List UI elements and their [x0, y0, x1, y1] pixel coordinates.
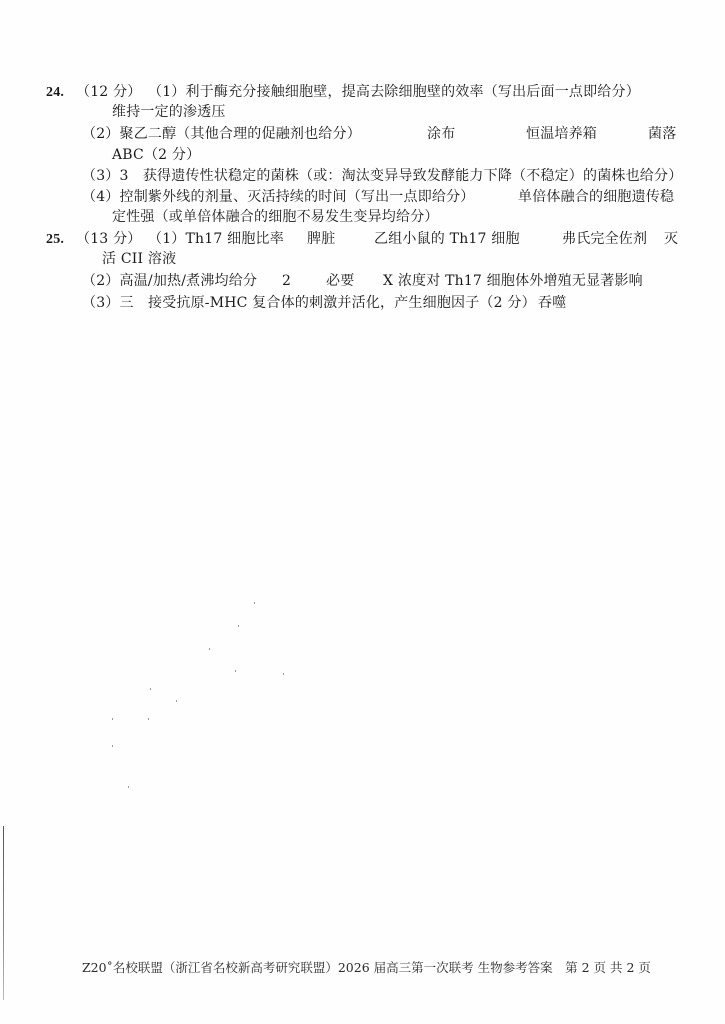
speck: [283, 673, 284, 675]
q25-part3-answer-c: 吞噬: [538, 294, 566, 312]
q24-part4-answer-a: （4）控制紫外线的剂量、灭活持续的时间（写出一点即给分）: [82, 188, 475, 206]
q25-part3-answer-b: 接受抗原-MHC 复合体的刺激并活化，产生细胞因子（2 分）: [148, 294, 536, 312]
q24-number: 24.: [46, 85, 64, 100]
scan-edge-line: [3, 826, 4, 1000]
q25-part2-answer-d: X 浓度对 Th17 细胞体外增殖无显著影响: [383, 272, 643, 290]
speck: [148, 718, 149, 720]
q25-part2-answer-a: （2）高温/加热/煮沸均给分: [82, 272, 257, 290]
q25-line-2: 活 CII 溶液: [102, 250, 176, 268]
page-footer: Z20˚名校联盟（浙江省名校新高考研究联盟）2026 届高三第一次联考 生物参考…: [82, 960, 651, 976]
q25-part1-answer-a: （1）Th17 细胞比率: [148, 230, 284, 248]
q25-number: 25.: [46, 232, 64, 247]
speck: [209, 648, 210, 650]
q24-line-1: 24. （12 分） （1）利于酶充分接触细胞壁，提高去除细胞壁的效率（写出后面…: [46, 83, 64, 102]
q24-part4-answer-b: 单倍体融合的细胞遗传稳: [518, 188, 674, 206]
speck: [235, 670, 236, 672]
q24-line-3: （2）聚乙二醇（其他合理的促融剂也给分） 涂布 恒温培养箱 菌落: [82, 125, 702, 143]
speck: [112, 745, 113, 747]
q24-line-6: （4）控制紫外线的剂量、灭活持续的时间（写出一点即给分） 单倍体融合的细胞遗传稳: [82, 188, 702, 206]
speck: [176, 700, 177, 702]
q24-part1-answer: （1）利于酶充分接触细胞壁，提高去除细胞壁的效率（写出后面一点即给分）: [148, 83, 640, 101]
q24-part2-answer-d: 菌落: [648, 125, 676, 143]
q25-part1-answer-e: 灭: [664, 230, 678, 248]
q25-part1-answer-d: 弗氏完全佐剂: [562, 230, 647, 248]
q25-line-4: （3）三 接受抗原-MHC 复合体的刺激并活化，产生细胞因子（2 分） 吞噬: [82, 294, 702, 312]
q25-part2-answer-c: 必要: [326, 272, 354, 290]
speck: [128, 786, 129, 788]
q25-line-3: （2）高温/加热/煮沸均给分 2 必要 X 浓度对 Th17 细胞体外增殖无显著…: [82, 272, 702, 290]
q25-part1-answer-c: 乙组小鼠的 Th17 细胞: [374, 230, 520, 248]
q24-part2-answer-c: 恒温培养箱: [526, 125, 597, 143]
q25-part3-answer-a: （3）三: [82, 294, 134, 312]
q25-score: （13 分）: [76, 230, 141, 248]
q24-line-7: 定性强（或单倍体融合的细胞不易发生变异均给分）: [112, 208, 439, 226]
q25-part1-answer-b: 脾脏: [307, 230, 335, 248]
q25-line-1: 25. （13 分） （1）Th17 细胞比率 脾脏 乙组小鼠的 Th17 细胞…: [46, 230, 706, 248]
q24-line-4: ABC（2 分）: [112, 146, 200, 164]
speck: [238, 625, 239, 627]
q25-part2-answer-b: 2: [282, 272, 291, 290]
q24-line-5: （3）3 获得遗传性状稳定的菌株（或：淘汰变异导致发酵能力下降（不稳定）的菌株也…: [82, 167, 682, 185]
speck: [254, 602, 255, 604]
q24-part2-answer-a: （2）聚乙二醇（其他合理的促融剂也给分）: [82, 125, 361, 143]
speck: [150, 688, 151, 690]
q24-part2-answer-b: 涂布: [427, 125, 455, 143]
q24-line-2: 维持一定的渗透压: [112, 103, 226, 121]
speck: [112, 718, 113, 720]
q24-score: （12 分）: [76, 83, 141, 101]
answer-key-page: 24. （12 分） （1）利于酶充分接触细胞壁，提高去除细胞壁的效率（写出后面…: [0, 0, 725, 1024]
